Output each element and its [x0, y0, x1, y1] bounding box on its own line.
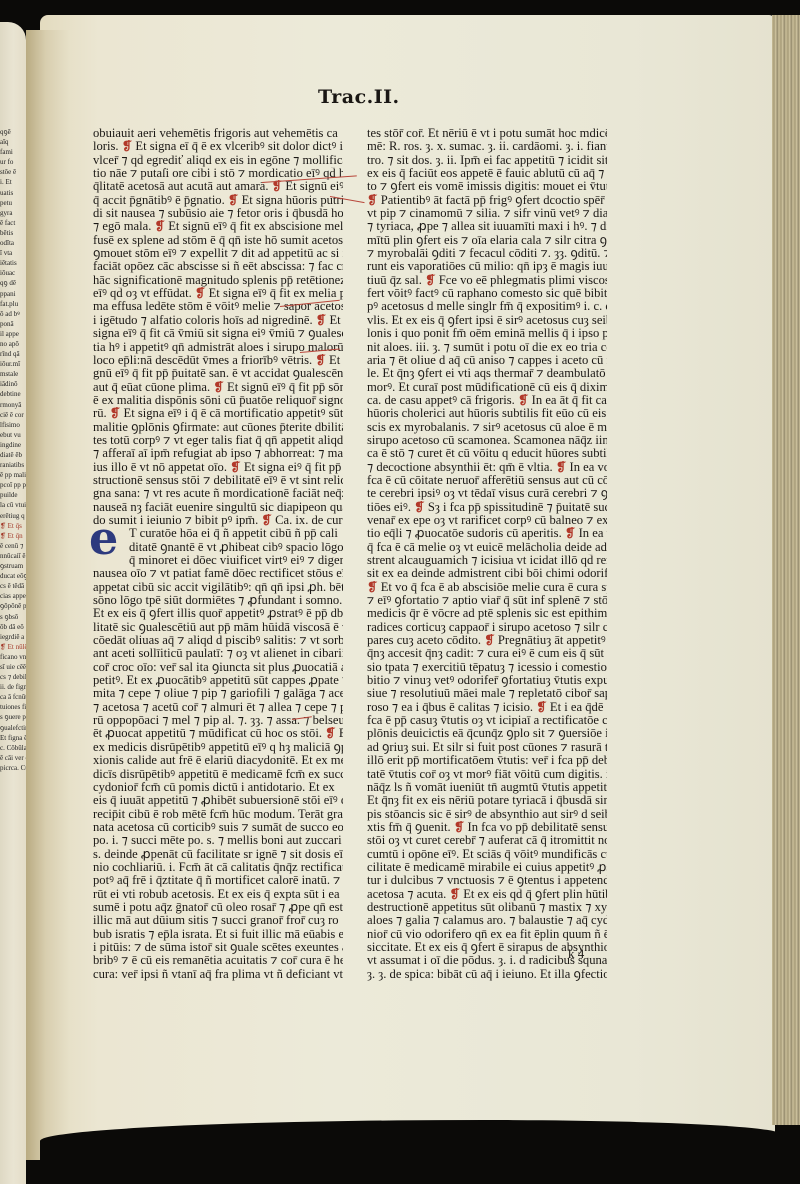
facing-page-fragment: il appe — [0, 329, 26, 339]
text-line: hāc significationē magnitudo splenis pp̄… — [93, 274, 343, 287]
text-line: nior̄ cū vio odorifero qn̄ ex ea fit ēpl… — [367, 928, 607, 941]
text-line: T curatōe hōa ei q̄ ñ appetit cibū ñ pp̄… — [93, 527, 343, 540]
text-column-left: obuiauit aeri vehemētis frigoris aut veh… — [93, 127, 343, 981]
text-line: ant aceti sollīiticū paulatī: ⁊ oȝ vt al… — [93, 647, 343, 660]
facing-page-fragment: diatē ēb — [0, 450, 26, 460]
text-line: rūt ei vti robub acetosis. Et ex eis q̄ … — [93, 888, 343, 901]
text-line: to ⁊ ꝯfert eis vomē imissis digitis: mou… — [367, 180, 607, 193]
text-line: i igētudo ⁊ alfatio coloris hoīs ad nigr… — [93, 314, 343, 327]
text-line: loco ep̄li:nā descēdūt v̄mes a friorībꝰ … — [93, 354, 343, 367]
facing-page-fragment: fat.plu — [0, 299, 26, 309]
text-line: bribꝰ ⁊ ē cū eis remanētia acuitatis ⁊ c… — [93, 954, 343, 967]
facing-page-fragment: no apō — [0, 339, 26, 349]
facing-page-fragment: Et figna ē q̄ — [0, 733, 26, 743]
text-line: plōnis deuicictis eā q̄cunq̄z ꝯplo sit ⁊… — [367, 727, 607, 740]
text-line: gnū eīꝰ q̄ fit pp̄ p̄uitatē san. ē vt ac… — [93, 367, 343, 380]
facing-page-fragment: tuiones fit — [0, 702, 26, 712]
facing-page-fragment: c. Cōbūlants — [0, 743, 26, 753]
text-line: fca ē cū cōitate neruor̄ afferētiū sensu… — [367, 474, 607, 487]
rubric-paragraph-mark: ❡ — [230, 461, 241, 474]
text-line: bitio ⁊ vinuȝ vetꝰ odorifer̄ ꝯfortatiuȝ … — [367, 674, 607, 687]
text-line: dicīs disrūpētibꝰ appetitū ē medicamē fc… — [93, 768, 343, 781]
text-line: pꝰ acetosus d melle singlr fm̄ q̄ exposi… — [367, 300, 607, 313]
text-line: di sit nausea ⁊ subūsio aie ⁊ fetor oris… — [93, 207, 343, 220]
text-line: do sumit i ieiunio ⁊ bibit pꝰ ipm̄. ❡ Ca… — [93, 514, 343, 527]
rubric-paragraph-mark: ❡ — [425, 274, 436, 287]
text-line: morꝰ. Et curaī post mūdificationē cū eis… — [367, 381, 607, 394]
text-line: potꝰ aq̄ frē i q̄ztitate q̄ ñ mortificet… — [93, 874, 343, 887]
facing-page-fragment: i. Et — [0, 177, 26, 187]
rubric-paragraph-mark: ❡ — [414, 501, 425, 514]
facing-page-fragment: raniatibs — [0, 460, 26, 470]
text-line: cor̄ croc oīo: ver̄ sal ita ꝯiuncta sit … — [93, 661, 343, 674]
facing-page-fragment: ingdine — [0, 440, 26, 450]
text-line: tio eq̄li ⁊ ꝓuocatōe sudoris cū aperitis… — [367, 527, 607, 540]
facing-page-fragment: odīta — [0, 238, 26, 248]
facing-page-fragment: iādinō — [0, 379, 26, 389]
text-line: vlis. Et ex eis q̄ ꝯfert ipsi ē sirꝰ ace… — [367, 314, 607, 327]
text-line: fert vōitꝰ factꝰ cū raphano comesto sic … — [367, 287, 607, 300]
facing-page-fragment: ponā — [0, 319, 26, 329]
text-line: bub isratis ⁊ ep̄la israta. Et si fuit i… — [93, 928, 343, 941]
running-head: Trac.II. — [318, 86, 400, 108]
facing-page-fragment: rmonyā — [0, 400, 26, 410]
facing-page-fragment: ē cenū ⁊ — [0, 541, 26, 551]
rubric-paragraph-mark: ❡ — [110, 407, 121, 420]
text-line: ⁊ decoctione absynthii ēt: qm̄ ē vltia. … — [367, 461, 607, 474]
text-line: illō erit pp̄ mortificatōem v̄tutis: ver… — [367, 754, 607, 767]
text-line: ꝯmouet stōm eīꝰ ⁊ expellit ⁊ dit ad appe… — [93, 247, 343, 260]
text-line: po. i. ⁊ succi mēte po. s. ⁊ mellis boni… — [93, 834, 343, 847]
facing-page-fragment: ē pp mali — [0, 470, 26, 480]
background-bottom — [40, 1120, 780, 1184]
text-line: eis q̄ iuuāt appetitū ⁊ ꝓhibēt subuersio… — [93, 794, 343, 807]
facing-page-fragment: ❡ Et q̄n — [0, 531, 26, 541]
facing-page-text-fragments: qꝯēaīqfamiur fostōe ēi. Etuatispetugyraē… — [0, 127, 26, 773]
facing-page-fragment: ppani — [0, 289, 26, 299]
text-line: fusē ex splene ad stōm ē q̄ qn̄ iste hō … — [93, 234, 343, 247]
rubric-paragraph-mark: ❡ — [122, 140, 133, 153]
text-line: gna sana: ⁊ vt res acute ñ mordicationē … — [93, 487, 343, 500]
decorated-initial-e: e — [89, 518, 127, 558]
facing-page-fragment: ō ad bꝰ — [0, 309, 26, 319]
text-line: fca ē pp̄ casuȝ v̄tutis oȝ vt icipiaī a … — [367, 714, 607, 727]
text-line: nausea oīo ⁊ vt patiat famē dōec rectifi… — [93, 567, 343, 580]
text-line: mita ⁊ cepe ⁊ oliue ⁊ pip ⁊ gariofili ⁊ … — [93, 687, 343, 700]
text-line: recip̄it cibū ē rob mētē fcm̄ hūc modum.… — [93, 808, 343, 821]
facing-page-left: qꝯēaīqfamiur fostōe ēi. Etuatispetugyraē… — [0, 22, 26, 1184]
rubric-paragraph-mark: ❡ — [272, 180, 283, 193]
text-line: eīꝰ qd̄ oȝ vt effūdat. ❡ Et signa eīꝰ q̄… — [93, 287, 343, 300]
facing-page-fragment: pcoī pp p — [0, 480, 26, 490]
rubric-paragraph-mark: ❡ — [261, 514, 272, 527]
text-line: mē: R. ros. ȝ. x. sumac. ȝ. ii. cardāomi… — [367, 140, 607, 153]
text-line: ad ꝯriuȝ sui. Et silr si fuit post cūone… — [367, 741, 607, 754]
facing-page-fragment: ē fact — [0, 218, 26, 228]
text-line: malitie ꝯplōnis ꝯfirmate: aut cūones p̄t… — [93, 421, 343, 434]
text-line: s. deinde ꝓpenāt cū facilitate sr ignē ⁊… — [93, 848, 343, 861]
facing-page-fragment: qꝯē — [0, 127, 26, 137]
facing-page-fragment: cs ē tēdā — [0, 581, 26, 591]
facing-page-fragment: lfisimo — [0, 420, 26, 430]
text-line: ❡ Et vo q̄ fca ē ab abscisiōe melie cura… — [367, 581, 607, 594]
facing-page-fragment: petu — [0, 198, 26, 208]
facing-page-fragment: aīq — [0, 137, 26, 147]
facing-page-fragment: picrca. Cur — [0, 763, 26, 773]
text-line: ⁊ acetosa ⁊ acetū cor̄ ⁊ almuri ēt ⁊ all… — [93, 701, 343, 714]
rubric-paragraph-mark: ❡ — [484, 634, 495, 647]
rubric-paragraph-mark: ❡ — [325, 727, 336, 740]
facing-page-fragment: ca ā fcnūtō — [0, 692, 26, 702]
text-line: obuiauit aeri vehemētis frigoris aut veh… — [93, 127, 343, 140]
signature-mark: k 4 — [568, 946, 584, 962]
text-line: i pitūis: ⁊ de sūma istor̄ sit ꝯuale scē… — [93, 941, 343, 954]
text-line: loris. ❡ Et signa eī q̄ ē ex vlceribꝰ si… — [93, 140, 343, 153]
text-line: ⁊ egō mala. ❡ Et signū eīꝰ q̄ fit ex abs… — [93, 220, 343, 233]
facing-page-fragment: ❡ Et q̄s — [0, 521, 26, 531]
facing-page-fragment: ducat eōꝯ — [0, 571, 26, 581]
facing-page-fragment: ōb dā eō — [0, 622, 26, 632]
rubric-paragraph-mark: ❡ — [228, 194, 239, 207]
facing-page-fragment: mstale — [0, 369, 26, 379]
text-line: ca. de casu appetꝰ cā frigoris. ❡ In ea … — [367, 394, 607, 407]
facing-page-fragment: iegrdiē a — [0, 632, 26, 642]
text-line: medicis q̄r ē vōcre ad ptē splenis sic e… — [367, 607, 607, 620]
text-line: le. Et q̄nȝ ꝯfert ei vti aqs thermar̄ ⁊ … — [367, 367, 607, 380]
text-line: ȝ. ȝ. de spica: bibāt cū aq̄ i ieiuno. E… — [367, 968, 607, 981]
facing-page-fragment: ii. de figno — [0, 682, 26, 692]
text-line: acetosa ⁊ acuta. ❡ Et ex eis qd̄ q̄ ꝯfer… — [367, 888, 607, 901]
facing-page-fragment: bētis — [0, 228, 26, 238]
text-line: nit aloes. iii. ȝ. ⁊ sumūt i potu oī die… — [367, 341, 607, 354]
rubric-paragraph-mark: ❡ — [454, 821, 465, 834]
text-line: nāq̄z ls ñ vomāt iueniūt tn̄ augmtū v̄tu… — [367, 781, 607, 794]
facing-page-fragment: iōuac — [0, 268, 26, 278]
text-line: cōedāt oliuas aq̄ ⁊ aliqd d piscibꝰ sali… — [93, 634, 343, 647]
text-line: sumē i potu aq̄z ḡnator̄ cū oleo rosar̄ … — [93, 901, 343, 914]
text-line: ca ē stō ⁊ curet ēt cū vōitu q educit hū… — [367, 447, 607, 460]
text-line: sōno lōgo tpē siūt dormiētes ⁊ ꝓfundant … — [93, 594, 343, 607]
facing-page-fragment: puilde — [0, 490, 26, 500]
text-line: xtis fm̄ q̄ ꝯuenit. ❡ In fca vo pp̄ debi… — [367, 821, 607, 834]
facing-page-fragment: rīnd qā — [0, 349, 26, 359]
text-line: illic mā aut dūium sitis ⁊ succi granor̄… — [93, 914, 343, 927]
text-line: nauseā nȝ faciāt euenire singultū sic di… — [93, 501, 343, 514]
text-line: tiuū q̄z sal. ❡ Fce vo eē phlegmatis pli… — [367, 274, 607, 287]
text-line: sio tpata ⁊ exercitiū tēpatuȝ ⁊ icessio … — [367, 661, 607, 674]
facing-page-fragment: erētiug q — [0, 511, 26, 521]
text-line: radices corticuȝ cappaor̄ i sirupo aceto… — [367, 621, 607, 634]
text-line: destructionē appetitus sūt olibanū ⁊ mas… — [367, 901, 607, 914]
facing-page-fragment: ficano vnō — [0, 652, 26, 662]
text-line: venar̄ ex epe oȝ vt rarificet corpꝰ cū b… — [367, 514, 607, 527]
rubric-paragraph-mark: ❡ — [367, 194, 378, 207]
text-line: hūoris cholerici aut hūoris subtilis fit… — [367, 407, 607, 420]
rubric-paragraph-mark: ❡ — [316, 314, 327, 327]
rubric-paragraph-mark: ❡ — [565, 527, 576, 540]
text-line: roso ⁊ ea i q̄bus ē calitas ⁊ icisio. ❡ … — [367, 701, 607, 714]
text-line: ⁊ myrobalāi ꝯditi ⁊ fecacul cōditi ⁊. ȝȝ… — [367, 247, 607, 260]
text-line: ēt ꝓuocat appetitū ⁊ mūdificat cū hoc os… — [93, 727, 343, 740]
text-line: ❡ Patientibꝰ āt factā pp̄ frigꝰ ꝯfert dc… — [367, 194, 607, 207]
text-line: sit ex ea deinde admistrent cibi bōi chi… — [367, 567, 607, 580]
text-line: ex eis q̄ faciūt eos appetē ē fauic ablu… — [367, 167, 607, 180]
facing-page-fragment: ī vta — [0, 248, 26, 258]
facing-page-fragment: ꝯstruam — [0, 561, 26, 571]
rubric-paragraph-mark: ❡ — [195, 287, 206, 300]
text-line: tiōes eiꝰ. ❡ Sȝ i fca pp̄ spissitudinē ⁊… — [367, 501, 607, 514]
text-line: tro. ⁊ sit dos. ȝ. ii. Ipm̄ ei fac appet… — [367, 154, 607, 167]
text-line: appetat cibū sic accit vigilātibꝰ: qn̄ q… — [93, 581, 343, 594]
text-line: q̄litatē acetosā aut acutā aut amarā. ❡ … — [93, 180, 343, 193]
text-line: ius illo ē vt nō appetat oīo. ❡ Et signa… — [93, 461, 343, 474]
text-line: nio cochliariū. i. Fcm̄ āt cā calitatis … — [93, 861, 343, 874]
fore-edge-page-stack — [772, 15, 800, 1125]
text-line: strent alcauguamich ⁊ icisiua vt icidat … — [367, 554, 607, 567]
text-line: aut q̄ eūat cūone plima. ❡ Et signū eīꝰ … — [93, 381, 343, 394]
facing-page-fragment: ur fo — [0, 157, 26, 167]
text-line: cydonior̄ fcm̄ cū pomis dictū i antidota… — [93, 781, 343, 794]
text-line: runt eis vaporatiōes cū milio: qn̄ ipȝ ē… — [367, 260, 607, 273]
facing-page-fragment: uatis — [0, 188, 26, 198]
text-line: tes stōr̄ cor̄. Et nēriū ē vt i potu sum… — [367, 127, 607, 140]
facing-page-fragment: s ꝯuere pō — [0, 712, 26, 722]
text-line: q̄ fca ē cā melie oȝ vt euicē melācholia… — [367, 541, 607, 554]
text-column-right: tes stōr̄ cor̄. Et nēriū ē vt i potu sum… — [367, 127, 607, 981]
rubric-paragraph-mark: ❡ — [213, 381, 224, 394]
text-line: siue ⁊ resolutiuū māei male ⁊ repletatō … — [367, 687, 607, 700]
text-line: mītū plin ꝯfert eis ⁊ oīa elaria cala ⁊ … — [367, 234, 607, 247]
facing-page-fragment: stōe ē — [0, 167, 26, 177]
facing-page-fragment: gyra — [0, 208, 26, 218]
text-line: nata acetosa cū corticibꝰ suis ⁊ sumāt d… — [93, 821, 343, 834]
facing-page-fragment: cias appe — [0, 591, 26, 601]
text-line: ē ex malitia dispōnis sōni cū p̄uatōe re… — [93, 394, 343, 407]
text-line: q̄ accit p̄gnātibꝰ ē p̄gnatio. ❡ Et sign… — [93, 194, 343, 207]
facing-page-fragment: ꝯōpōnē pū — [0, 601, 26, 611]
rubric-paragraph-mark: ❡ — [536, 701, 547, 714]
text-line: cura: ver̄ ipsi ñ vtanī aq̄ fra plima vt… — [93, 968, 343, 981]
text-line: aria ⁊ ēt oliue d aq̄ cū aniso ⁊ cappes … — [367, 354, 607, 367]
facing-page-fragment: ❡ Et nūlē — [0, 642, 26, 652]
text-line: vt pip ⁊ cinamomū ⁊ silia. ⁊ sifr vinū v… — [367, 207, 607, 220]
text-line: pis stōancis sic ē sirꝰ de absynthio aut… — [367, 808, 607, 821]
text-line: Et ex eis q̄ ꝯfert illis quor̄ appetitꝰ … — [93, 607, 343, 620]
text-line: q̄nȝ accesit q̄nȝ cadit: ⁊ cura eiꝰ ē cu… — [367, 647, 607, 660]
rubric-paragraph-mark: ❡ — [556, 461, 567, 474]
text-line: ⁊ afferaī aī ipm̄ refugiat ab ipso ⁊ abh… — [93, 447, 343, 460]
text-line: ⁊ eīꝰ ꝯfortatio ⁊ aptio viar̄ q̄ sūt inf… — [367, 594, 607, 607]
rubric-paragraph-mark: ❡ — [518, 394, 529, 407]
text-line: cilitate ē medicamē mirabile ei cuius ap… — [367, 861, 607, 874]
facing-page-fragment: iētatis — [0, 258, 26, 268]
text-line: litatē sic ꝯualescētiū aut pp̄ mām hūidā… — [93, 621, 343, 634]
facing-page-fragment: iōur.mī — [0, 359, 26, 369]
text-line: faciāt opōez cāc abscisse si ñ eēt absci… — [93, 260, 343, 273]
text-line: vlcer̄ ⁊ qd̄ egrediť aliqd ex eis in egō… — [93, 154, 343, 167]
rubric-paragraph-mark: ❡ — [449, 888, 460, 901]
facing-page-fragment: ꝯualefctina — [0, 723, 26, 733]
text-line: lonis i quo ponit fm̄ oēm eminā mellis q… — [367, 327, 607, 340]
text-line: xionis calide aut frē ē elariū diacydoni… — [93, 754, 343, 767]
text-line: tatē v̄tutis cor̄ oȝ vt morꝰ fiāt vōitū … — [367, 768, 607, 781]
facing-page-fragment: debtine — [0, 389, 26, 399]
text-line: cumtū i opōne eīꝰ. Et sciās q̄ vōitꝰ mun… — [367, 848, 607, 861]
text-line: pares cuȝ aceto cōdito. ❡ Pregnātiuȝ āt … — [367, 634, 607, 647]
facing-page-fragment: fami — [0, 147, 26, 157]
binding-gutter — [26, 30, 70, 1160]
text-line: signa eīꝰ q̄ fit cā v̄miū sit signa eiꝰ … — [93, 327, 343, 340]
rubric-paragraph-mark: ❡ — [155, 220, 166, 233]
text-line: te cerebri ipsiꝰ oȝ vt tēdaī visus curā … — [367, 487, 607, 500]
facing-page-fragment: cs ⁊ debilō — [0, 672, 26, 682]
text-line: scis ex myrobalanis. ⁊ sirꝰ acetosus cū … — [367, 421, 607, 434]
facing-page-fragment: sī uie cēē — [0, 662, 26, 672]
facing-page-fragment: la cū vtui — [0, 500, 26, 510]
text-line: sirupo acetoso cū scamonea. Scamonea nāq… — [367, 434, 607, 447]
text-line: tes totū corpꝰ ⁊ vt eger talis fiat q̄ q… — [93, 434, 343, 447]
text-line: q̄ minoret ei dōec viuificet virtꝰ eiꝰ ⁊… — [93, 554, 343, 567]
facing-page-fragment: ebut vu — [0, 430, 26, 440]
text-line: rū. ❡ Et signa eīꝰ i q̄ ē cā mortificati… — [93, 407, 343, 420]
text-line: structionē sensus stōi ⁊ debilitatē eīꝰ … — [93, 474, 343, 487]
facing-page-fragment: qꝯ dē — [0, 278, 26, 288]
text-line: stōi oȝ vt curet cerebr̄ ⁊ auferat cā q̄… — [367, 834, 607, 847]
text-line: aloes ⁊ galia ⁊ calamus aro. ⁊ balaustie… — [367, 914, 607, 927]
rubric-paragraph-mark: ❡ — [367, 581, 378, 594]
text-line: petitꝰ. Et ex ꝓuocātibꝰ appetitū sūt cap… — [93, 674, 343, 687]
facing-page-fragment: ē cāi ver eīꝰ — [0, 753, 26, 763]
text-line: ex medicis disrūpētibꝰ appetitū eīꝰ q hȝ… — [93, 741, 343, 754]
text-line: ditatē ꝯnantē ē vt ꝓhibeat cibꝰ spacio l… — [93, 541, 343, 554]
facing-page-fragment: ciē ē cor — [0, 410, 26, 420]
text-line: tur i dulcibus ⁊ vnctuosis ⁊ ē ꝯtentus i… — [367, 874, 607, 887]
text-line: ⁊ tyriaca, ꝓpe ⁊ allea sit iuuamīti maxi… — [367, 220, 607, 233]
facing-page-fragment: nnūcaiī ē — [0, 551, 26, 561]
rubric-paragraph-mark: ❡ — [315, 354, 326, 367]
facing-page-fragment: s ꝯbsō — [0, 612, 26, 622]
text-line: Et q̄nȝ fit ex eis nēriū potare tyriacā … — [367, 794, 607, 807]
